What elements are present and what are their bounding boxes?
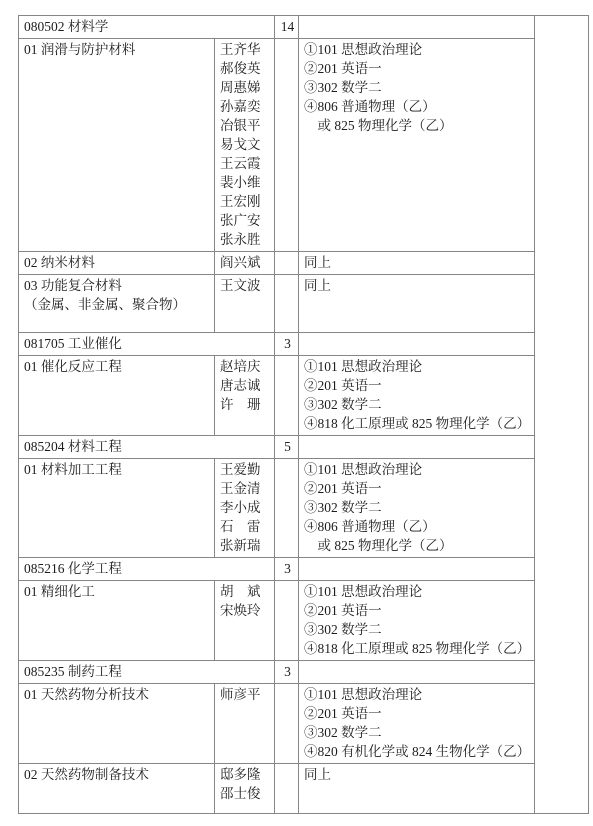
section-title: 085216 化学工程	[19, 558, 275, 581]
major-cell: 01 天然药物分析技术	[19, 684, 215, 764]
subjects-cell-empty	[299, 16, 535, 39]
subjects-cell: 同上	[299, 275, 535, 333]
subjects-cell-empty	[299, 661, 535, 684]
subjects-cell-empty	[299, 558, 535, 581]
advisors-cell: 王文波	[215, 275, 275, 333]
section-row-085235: 085235 制药工程 3	[19, 661, 589, 684]
section-title: 081705 工业催化	[19, 333, 275, 356]
major-cell: 02 天然药物制备技术	[19, 764, 215, 814]
enrollment-count: 5	[275, 436, 299, 459]
detail-row-catalytic-reaction-eng: 01 催化反应工程 赵培庆 唐志诚 许 珊 ①101 思想政治理论 ②201 英…	[19, 356, 589, 436]
subjects-cell-empty	[299, 436, 535, 459]
subjects-cell: 同上	[299, 252, 535, 275]
count-cell-empty	[275, 356, 299, 436]
remarks-column	[535, 16, 589, 814]
subjects-cell-empty	[299, 333, 535, 356]
section-row-081705: 081705 工业催化 3	[19, 333, 589, 356]
major-cell: 02 纳米材料	[19, 252, 215, 275]
advisors-cell: 胡 斌 宋焕玲	[215, 581, 275, 661]
enrollment-count: 3	[275, 333, 299, 356]
section-row-085216: 085216 化学工程 3	[19, 558, 589, 581]
advisors-cell: 师彦平	[215, 684, 275, 764]
count-cell-empty	[275, 275, 299, 333]
major-cell: 01 催化反应工程	[19, 356, 215, 436]
major-cell: 03 功能复合材料 （金属、非金属、聚合物）	[19, 275, 215, 333]
subjects-cell: ①101 思想政治理论 ②201 英语一 ③302 数学二 ④818 化工原理或…	[299, 581, 535, 661]
enrollment-count: 14	[275, 16, 299, 39]
count-cell-empty	[275, 764, 299, 814]
subjects-cell: ①101 思想政治理论 ②201 英语一 ③302 数学二 ④806 普通物理（…	[299, 459, 535, 558]
detail-row-materials-processing: 01 材料加工工程 王爱勤 王金清 李小成 石 雷 张新瑞 ①101 思想政治理…	[19, 459, 589, 558]
detail-row-natural-drug-preparation: 02 天然药物制备技术 邸多隆 邵士俊 同上	[19, 764, 589, 814]
subjects-cell: 同上	[299, 764, 535, 814]
count-cell-empty	[275, 39, 299, 252]
advisors-cell: 王爱勤 王金清 李小成 石 雷 张新瑞	[215, 459, 275, 558]
detail-row-functional-composites: 03 功能复合材料 （金属、非金属、聚合物） 王文波 同上	[19, 275, 589, 333]
major-cell: 01 精细化工	[19, 581, 215, 661]
section-row-085204: 085204 材料工程 5	[19, 436, 589, 459]
detail-row-nano-materials: 02 纳米材料 阎兴斌 同上	[19, 252, 589, 275]
enrollment-count: 3	[275, 661, 299, 684]
major-cell: 01 润滑与防护材料	[19, 39, 215, 252]
advisors-cell: 赵培庆 唐志诚 许 珊	[215, 356, 275, 436]
count-cell-empty	[275, 684, 299, 764]
section-title: 085235 制药工程	[19, 661, 275, 684]
subjects-cell: ①101 思想政治理论 ②201 英语一 ③302 数学二 ④818 化工原理或…	[299, 356, 535, 436]
subjects-cell: ①101 思想政治理论 ②201 英语一 ③302 数学二 ④806 普通物理（…	[299, 39, 535, 252]
count-cell-empty	[275, 581, 299, 661]
section-title: 085204 材料工程	[19, 436, 275, 459]
section-row-080502: 080502 材料学 14	[19, 16, 589, 39]
admissions-catalog-page: 080502 材料学 14 01 润滑与防护材料 王齐华 郝俊英 周惠娣 孙嘉奕…	[0, 0, 593, 826]
advisors-cell: 阎兴斌	[215, 252, 275, 275]
enrollment-count: 3	[275, 558, 299, 581]
advisors-cell: 王齐华 郝俊英 周惠娣 孙嘉奕 冶银平 易戈文 王云霞 裴小维 王宏刚 张广安 …	[215, 39, 275, 252]
detail-row-lubrication-materials: 01 润滑与防护材料 王齐华 郝俊英 周惠娣 孙嘉奕 冶银平 易戈文 王云霞 裴…	[19, 39, 589, 252]
detail-row-natural-drug-analysis: 01 天然药物分析技术 师彦平 ①101 思想政治理论 ②201 英语一 ③30…	[19, 684, 589, 764]
detail-row-fine-chemicals: 01 精细化工 胡 斌 宋焕玲 ①101 思想政治理论 ②201 英语一 ③30…	[19, 581, 589, 661]
advisors-cell: 邸多隆 邵士俊	[215, 764, 275, 814]
subjects-cell: ①101 思想政治理论 ②201 英语一 ③302 数学二 ④820 有机化学或…	[299, 684, 535, 764]
section-title: 080502 材料学	[19, 16, 275, 39]
majors-advisors-exam-table: 080502 材料学 14 01 润滑与防护材料 王齐华 郝俊英 周惠娣 孙嘉奕…	[18, 15, 589, 814]
major-cell: 01 材料加工工程	[19, 459, 215, 558]
count-cell-empty	[275, 459, 299, 558]
count-cell-empty	[275, 252, 299, 275]
